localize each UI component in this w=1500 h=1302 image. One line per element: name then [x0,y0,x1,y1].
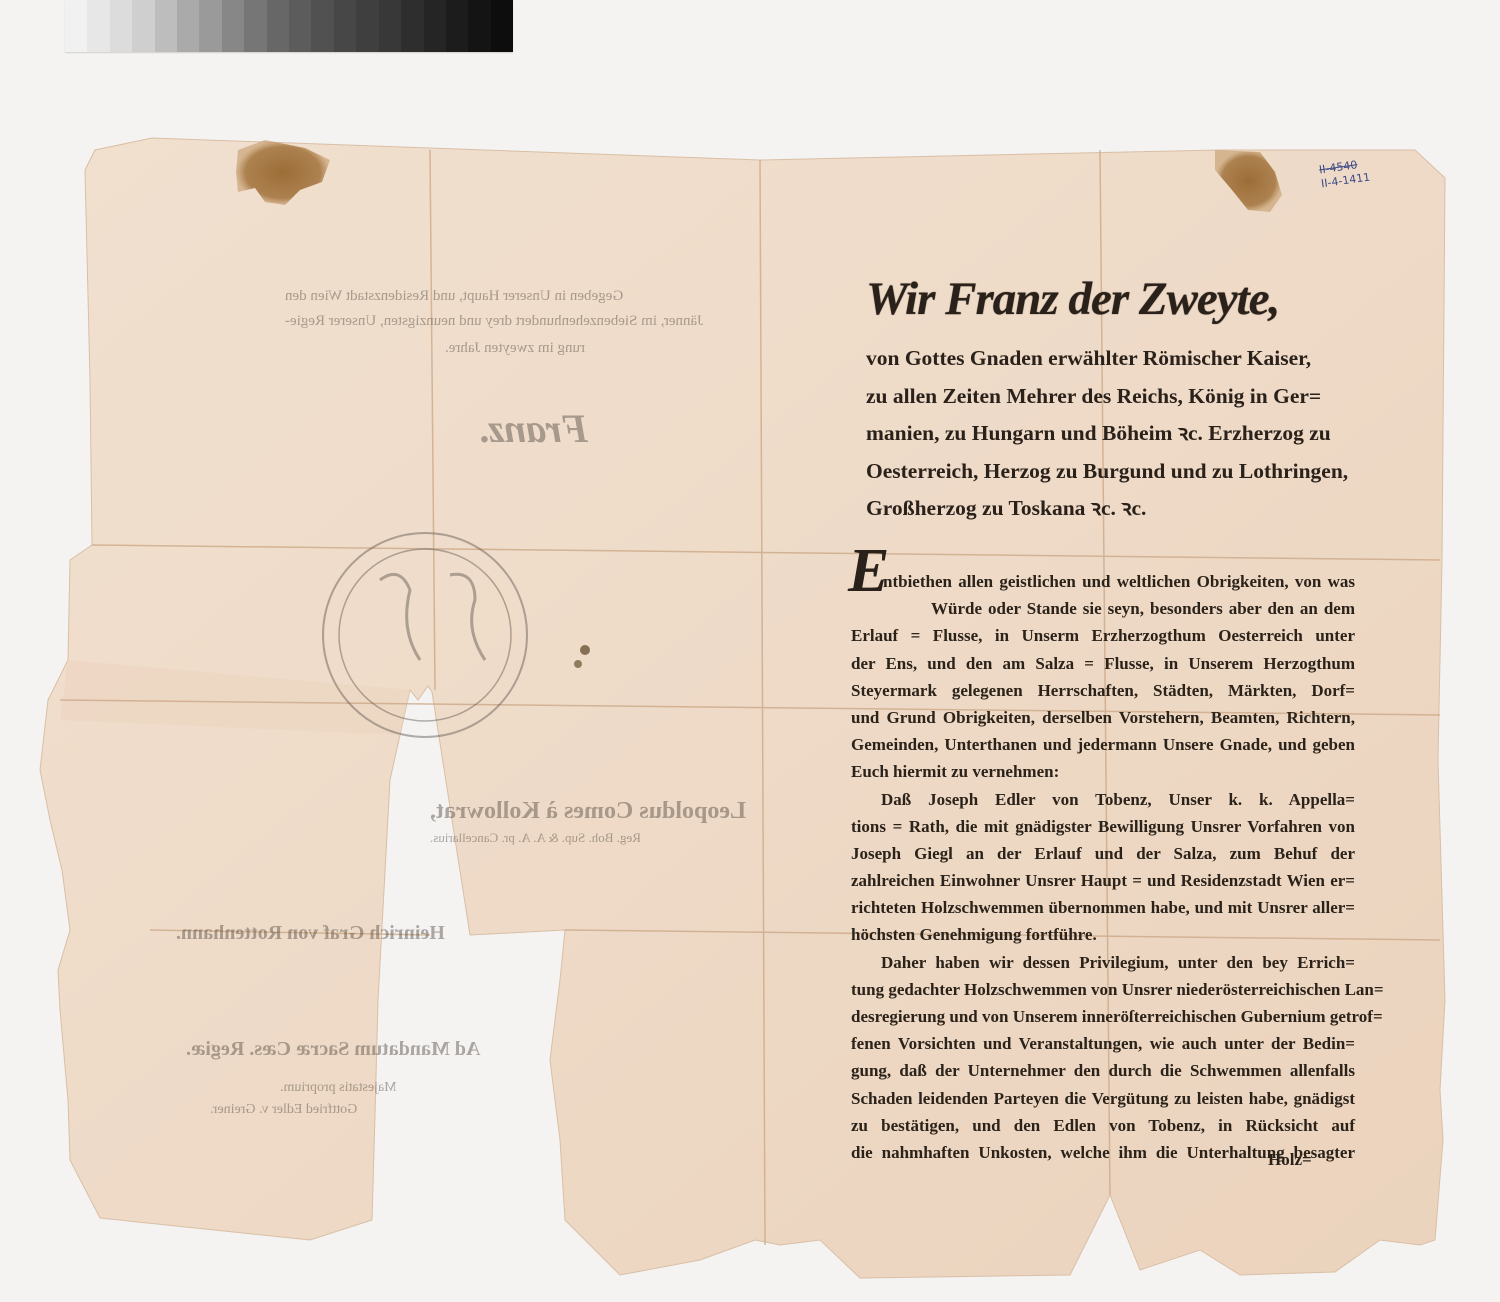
body-line: Euch hiermit zu vernehmen: [851,758,1355,785]
catchword: Holz= [1268,1150,1312,1170]
decree-imperial-titles: von Gottes Gnaden erwählter Römischer Ka… [866,340,1356,528]
body-line: höchsten Genehmigung fortführe. [851,921,1355,948]
body-line: gung, daß der Unternehmer den durch die … [851,1057,1355,1084]
bleedthrough-countersignature-kollowrat-title: Reg. Boh. Sup. & A. A. pr. Cancellarius. [430,830,641,846]
body-line: Erlauf = Flusse, in Unserm Erzherzogthum… [851,622,1355,649]
bleedthrough-dating-line-3: rung im zweyten Jahre. [445,340,585,357]
body-line: zu bestätigen, und den Edlen von Tobenz,… [851,1112,1355,1139]
body-line: Daher haben wir dessen Privilegium, unte… [851,949,1355,976]
bleedthrough-mandate-line-1: Ad Mandatum Sacræ Cæs. Regiæ. [186,1038,480,1061]
body-line: tions = Rath, die mit gnädigster Bewilli… [851,813,1355,840]
bleedthrough-mandate-line-2: Majestatis proprium. [280,1080,397,1096]
body-line: Steyermark gelegenen Herrschaften, Städt… [851,677,1355,704]
title-line: Großherzog zu Toskana ꝛc. ꝛc. [866,490,1356,528]
decree-body-text: ntbiethen allen geistlichen und weltlich… [851,568,1355,1166]
body-line: tung gedachter Holzschwemmen von Unsrer … [851,976,1355,1003]
bleedthrough-dating-line-1: Gegeben in Unserer Haupt, und Residenzst… [285,288,623,305]
title-line: zu allen Zeiten Mehrer des Reichs, König… [866,378,1356,416]
body-line: Daß Joseph Edler von Tobenz, Unser k. k.… [851,786,1355,813]
body-line: zahlreichen Einwohner Unsrer Haupt = und… [851,867,1355,894]
title-line: von Gottes Gnaden erwählter Römischer Ka… [866,340,1356,378]
body-line: Gemeinden, Unterthanen und jedermann Uns… [851,731,1355,758]
decree-title: Wir Franz der Zweyte, [866,270,1356,328]
body-line: Würde oder Stande sie seyn, besonders ab… [851,595,1355,622]
title-line: Oesterreich, Herzog zu Burgund und zu Lo… [866,453,1356,491]
body-line: Joseph Giegl an der Erlauf und der Salza… [851,840,1355,867]
bleedthrough-signature-franz: Franz. [478,405,588,452]
body-line: ntbiethen allen geistlichen und weltlich… [851,568,1355,595]
bleedthrough-mandate-line-3: Gottfried Edler v. Greiner. [210,1102,357,1118]
bleedthrough-countersignature-kollowrat: Leopoldus Comes à Kollowrat, [430,798,746,825]
body-line: und Grund Obrigkeiten, derselben Vorsteh… [851,704,1355,731]
body-line: der Ens, und den am Salza = Flusse, in U… [851,650,1355,677]
body-line: richteten Holzschwemmen übernommen habe,… [851,894,1355,921]
body-line: fenen Vorsichten und Veranstaltungen, wi… [851,1030,1355,1057]
body-line: desregierung und von Unserem inneröſterr… [851,1003,1355,1030]
bleedthrough-dating-line-2: Jänner, im Siebenzehenhundert drey und n… [285,313,703,330]
body-line: Schaden leidenden Parteyen die Vergütung… [851,1085,1355,1112]
title-line: manien, zu Hungarn und Böheim ꝛc. Erzher… [866,415,1356,453]
bleedthrough-countersignature-rottenhann: Heinrich Graf von Rottenhann. [176,922,445,945]
